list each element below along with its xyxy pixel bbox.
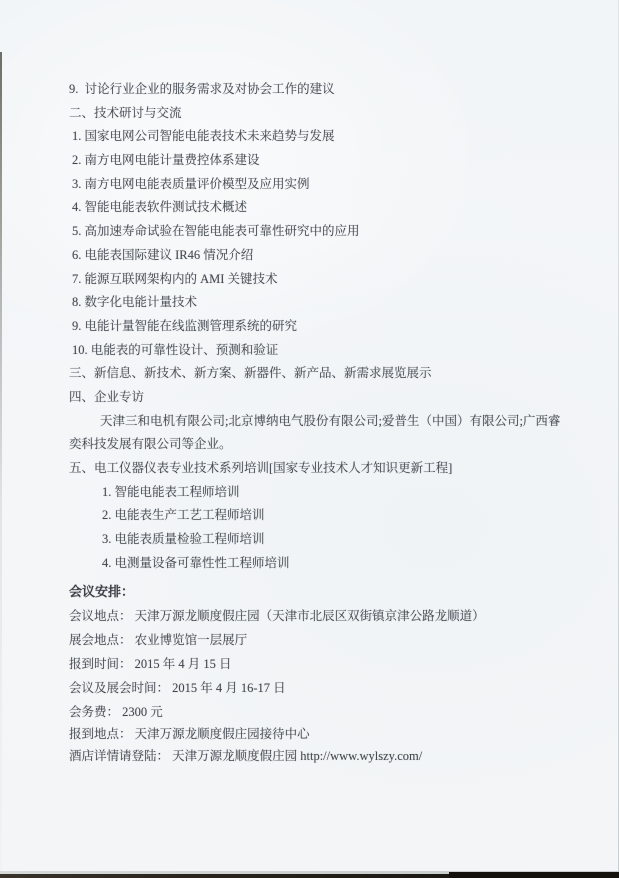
meeting-info-exhibition-venue: 展会地点： 农业博览馆一层展厅: [0, 628, 619, 652]
paragraph-line: 奕科技发展有限公司等企业。: [0, 433, 619, 457]
agenda-item: 9. 讨论行业企业的服务需求及对协会工作的建议: [0, 78, 619, 102]
agenda-item: 8. 数字化电能计量技术: [0, 291, 619, 315]
training-item: 4. 电测量设备可靠性性工程师培训: [0, 552, 619, 576]
meeting-info-dates: 会议及展会时间： 2015 年 4 月 16-17 日: [0, 676, 619, 700]
meeting-info-fee: 会务费： 2300 元: [0, 700, 619, 724]
document-content: 9. 讨论行业企业的服务需求及对协会工作的建议 二、技术研讨与交流 1. 国家电…: [0, 0, 619, 767]
meeting-info-checkin-date: 报到时间： 2015 年 4 月 15 日: [0, 652, 619, 676]
training-item: 3. 电能表质量检验工程师培训: [0, 528, 619, 552]
section-heading-4: 四、企业专访: [0, 386, 619, 410]
agenda-item: 3. 南方电网电能表质量评价模型及应用实例: [0, 173, 619, 197]
section-heading-5: 五、电工仪器仪表专业技术系列培训[国家专业技术人才知识更新工程]: [0, 457, 619, 481]
section-heading-2: 二、技术研讨与交流: [0, 102, 619, 126]
agenda-item: 10. 电能表的可靠性设计、预测和验证: [0, 339, 619, 363]
training-item: 1. 智能电能表工程师培训: [0, 481, 619, 505]
meeting-info-hotel-url: 酒店详情请登陆： 天津万源龙顺度假庄园 http://www.wylszy.co…: [0, 746, 619, 768]
meeting-info-venue: 会议地点： 天津万源龙顺度假庄园（天津市北辰区双街镇京津公路龙顺道）: [0, 604, 619, 628]
agenda-item: 9. 电能计量智能在线监测管理系统的研究: [0, 315, 619, 339]
training-item: 2. 电能表生产工艺工程师培训: [0, 504, 619, 528]
agenda-item: 6. 电能表国际建议 IR46 情况介绍: [0, 244, 619, 268]
meeting-arrangements-heading: 会议安排：: [0, 580, 619, 604]
paragraph-line: 天津三和电机有限公司;北京博纳电气股份有限公司;爱普生（中国）有限公司;广西睿: [0, 410, 619, 434]
scan-edge-left: [0, 52, 2, 878]
agenda-item: 4. 智能电能表软件测试技术概述: [0, 196, 619, 220]
agenda-item: 1. 国家电网公司智能电能表技术未来趋势与发展: [0, 125, 619, 149]
scanned-document-page: 9. 讨论行业企业的服务需求及对协会工作的建议 二、技术研讨与交流 1. 国家电…: [0, 0, 619, 878]
agenda-item: 2. 南方电网电能计量费控体系建设: [0, 149, 619, 173]
meeting-info-checkin-place: 报到地点： 天津万源龙顺度假庄园接待中心: [0, 724, 619, 746]
agenda-item: 5. 高加速寿命试验在智能电能表可靠性研究中的应用: [0, 220, 619, 244]
agenda-item: 7. 能源互联网架构内的 AMI 关键技术: [0, 268, 619, 292]
scan-edge-bottom-right-corner: [449, 872, 619, 878]
section-heading-3: 三、新信息、新技术、新方案、新器件、新产品、新需求展览展示: [0, 362, 619, 386]
